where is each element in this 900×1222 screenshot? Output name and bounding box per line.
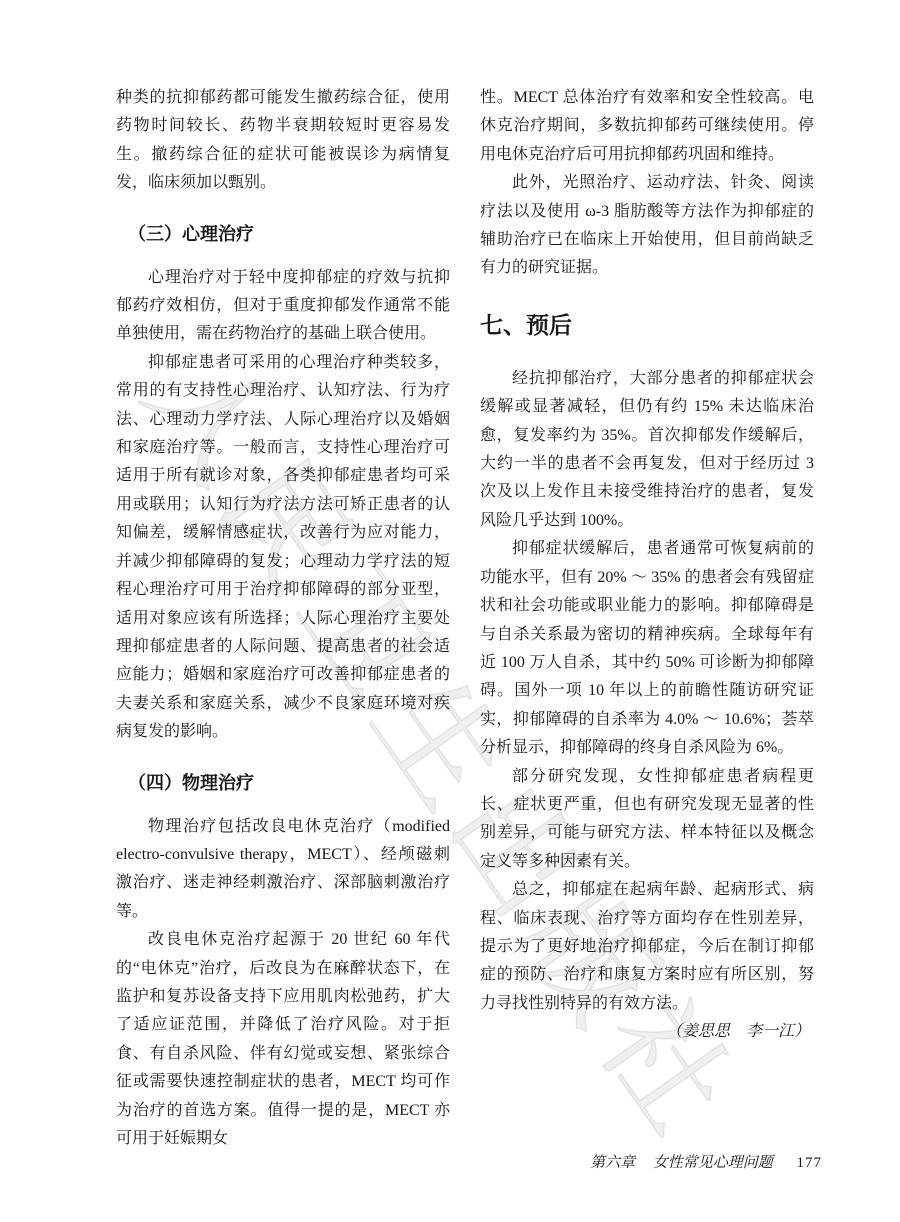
paragraph-psychotherapy-efficacy: 心理治疗对于轻中度抑郁症的疗效与抗抑郁药疗效相仿，但对于重度抑郁发作通常不能单独…: [116, 264, 450, 349]
document-page: 人民卫生出版社 种类的抗抑郁药都可能发生撤药综合征，使用药物时间较长、药物半衰期…: [0, 0, 900, 1222]
footer-chapter-label: 第六章: [590, 1155, 635, 1171]
paragraph-summary: 总之，抑郁症在起病年龄、起病形式、病程、临床表现、治疗等方面均存在性别差异，提示…: [480, 876, 814, 1018]
left-column: 种类的抗抑郁药都可能发生撤药综合征，使用药物时间较长、药物半衰期较短时更容易发生…: [116, 84, 450, 1153]
paragraph-mect-history: 改良电休克治疗起源于 20 世纪 60 年代的“电休克”治疗，后改良为在麻醉状态…: [116, 926, 450, 1153]
paragraph-physical-therapy-overview: 物理治疗包括改良电休克治疗（modified electro-convulsiv…: [116, 813, 450, 927]
paragraph-gender-differences-research: 部分研究发现，女性抑郁症患者病程更长、症状更严重，但也有研究发现无显著的性别差异…: [480, 763, 814, 877]
section-heading-physical-therapy: （四）物理治疗: [116, 771, 450, 795]
page-footer: 第六章 女性常见心理问题 177: [590, 1152, 822, 1174]
major-heading-prognosis: 七、预后: [480, 311, 814, 339]
paragraph-psychotherapy-types: 抑郁症患者可采用的心理治疗种类较多，常用的有支持性心理治疗、认知疗法、行为疗法、…: [116, 349, 450, 747]
paragraph-adjunct-therapies: 此外，光照治疗、运动疗法、针灸、阅读疗法以及使用 ω-3 脂肪酸等方法作为抑郁症…: [480, 169, 814, 283]
footer-page-number: 177: [797, 1155, 823, 1171]
paragraph-residual-symptoms-suicide: 抑郁症状缓解后，患者通常可恢复病前的功能水平，但有 20% ～ 35% 的患者会…: [480, 535, 814, 762]
author-credit: （姜思思 李一江）: [480, 1018, 814, 1046]
paragraph-mect-safety: 性。MECT 总体治疗有效率和安全性较高。电休克治疗期间，多数抗抑郁药可继续使用…: [480, 84, 814, 169]
footer-chapter-title: 女性常见心理问题: [653, 1155, 773, 1171]
paragraph-withdrawal-syndrome: 种类的抗抑郁药都可能发生撤药综合征，使用药物时间较长、药物半衰期较短时更容易发生…: [116, 84, 450, 198]
section-heading-psychotherapy: （三）心理治疗: [116, 222, 450, 246]
right-column: 性。MECT 总体治疗有效率和安全性较高。电休克治疗期间，多数抗抑郁药可继续使用…: [480, 84, 814, 1047]
paragraph-remission-relapse: 经抗抑郁治疗，大部分患者的抑郁症状会缓解或显著减轻，但仍有约 15% 未达临床治…: [480, 365, 814, 535]
